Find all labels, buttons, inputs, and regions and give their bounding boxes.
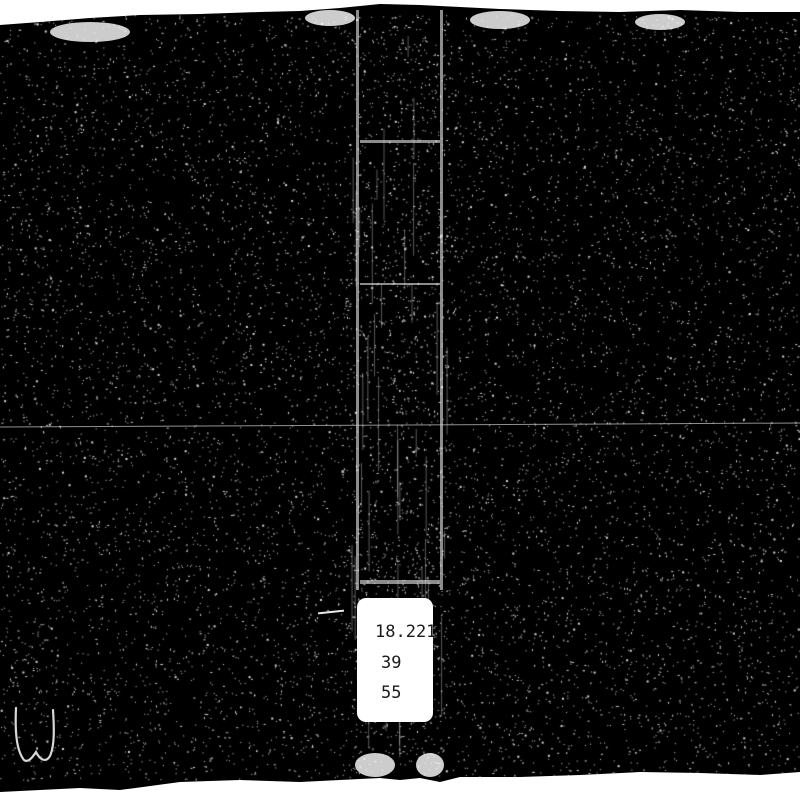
book-cover-scan: 18.221 39 55 — [0, 0, 800, 800]
handwritten-w-mark — [10, 700, 60, 770]
call-number-line-2: 39 — [381, 655, 401, 672]
call-number-line-3: 55 — [381, 685, 401, 702]
call-number-label: 18.221 39 55 — [357, 598, 433, 722]
call-number-line-1: 18.221 — [375, 624, 436, 641]
